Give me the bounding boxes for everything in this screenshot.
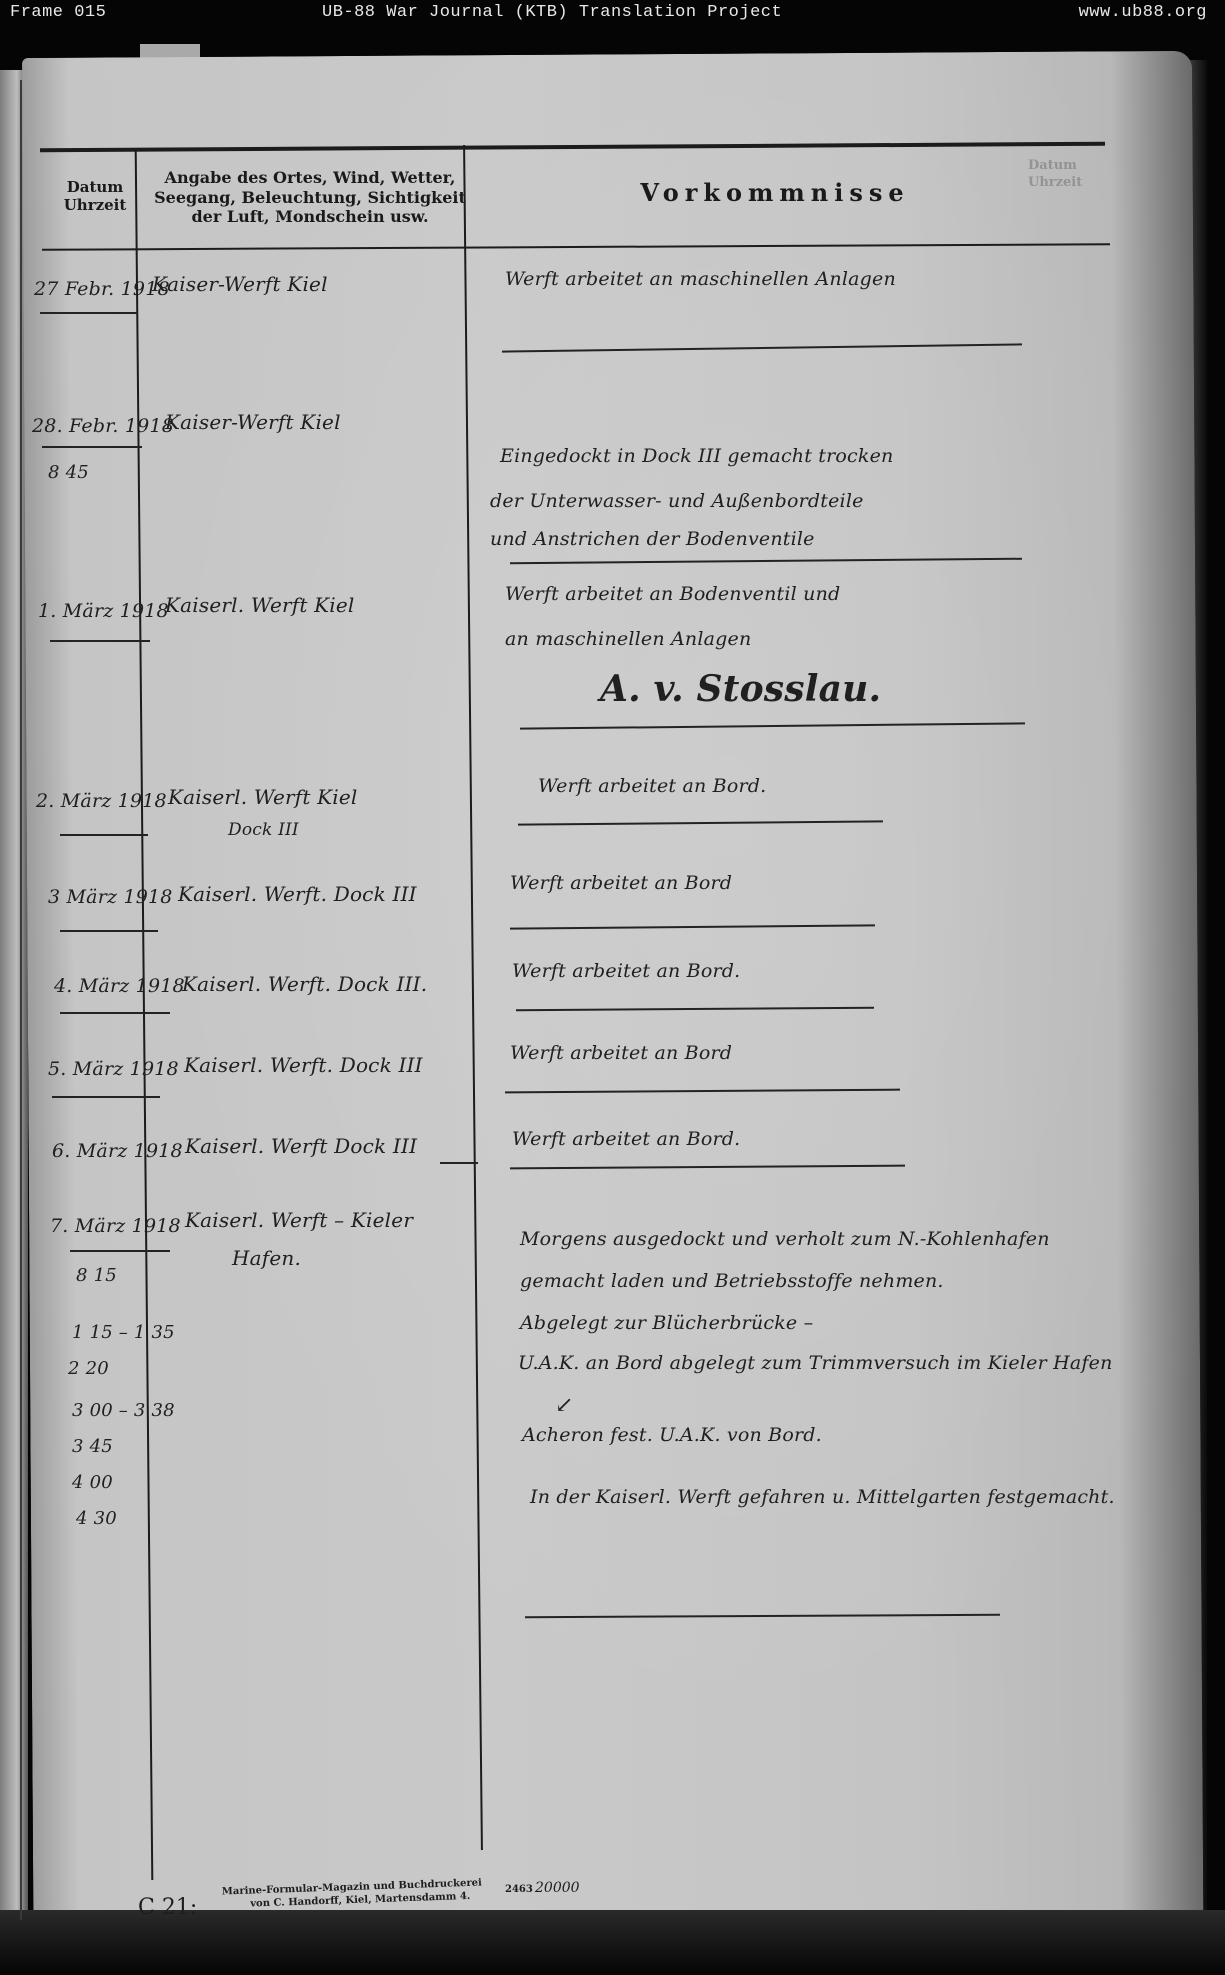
entry-9-place-line-1: Kaiserl. Werft – Kieler [185,1208,413,1232]
print-run: 20000 [535,1880,580,1896]
entry-6-event-line-1: Werft arbeitet an Bord. [512,960,740,982]
entry-3-signature: A. v. Stosslau. [600,668,881,710]
entry-2-place: Kaiser-Werft Kiel [165,410,341,434]
entry-8-event-line-1: Werft arbeitet an Bord. [512,1128,740,1150]
entry-1-place: Kaiser-Werft Kiel [152,272,328,296]
header-events: Vorkommnisse [560,178,990,207]
form-code: C 21: [138,1895,197,1920]
entry-2-event-line-2: der Unterwasser- und Außenbordteile [490,490,864,512]
entry-5-event-line-1: Werft arbeitet an Bord [510,872,732,894]
entry-1-date-underline [40,312,138,314]
entry-3-date: 1. März 1918 [38,600,169,622]
entry-7-event-line-1: Werft arbeitet an Bord [510,1042,732,1064]
header-place-weather: Angabe des Ortes, Wind, Wetter, Seegang,… [150,168,470,227]
entry-9-date: 7. März 1918 [50,1215,181,1237]
header-place-line-2: Seegang, Beleuchtung, Sichtigkeit [150,188,470,208]
entry-9-time-6: 4 00 [72,1472,113,1493]
entry-9-time-2: 1 15 – 1 35 [72,1322,175,1343]
entry-4-place-line-2: Dock III [228,820,299,840]
entry-2-date-underline [42,446,142,448]
entry-9-time-5: 3 45 [72,1436,113,1457]
entry-9-place-line-2: Hafen. [232,1246,301,1270]
entry-6-date: 4. März 1918 [54,975,185,997]
entry-4-date: 2. März 1918 [36,790,167,812]
entry-6-date-underline [60,1012,170,1014]
entry-9-event-line-4: U.A.K. an Bord abgelegt zum Trimmversuch… [518,1352,1113,1374]
entry-3-event-line-2: an maschinellen Anlagen [505,628,751,650]
left-margin-rule [20,80,22,1920]
entry-3-date-underline [50,640,150,642]
entry-9-time-7: 4 30 [76,1508,117,1529]
header-place-line-3: der Luft, Mondschein usw. [150,207,470,227]
entry-8-place-underline [440,1162,478,1164]
entry-5-place: Kaiserl. Werft. Dock III [178,882,417,906]
entry-7-date-underline [52,1096,160,1098]
bleedthrough-date: Datum [1028,158,1082,175]
entry-9-event-line-2: gemacht laden und Betriebsstoffe nehmen. [520,1270,944,1292]
entry-8-date: 6. März 1918 [52,1140,183,1162]
entry-4-place-line-1: Kaiserl. Werft Kiel [168,785,358,809]
entry-6-place: Kaiserl. Werft. Dock III. [182,972,427,996]
bleedthrough-time: Uhrzeit [1028,175,1082,192]
entry-3-event-line-1: Werft arbeitet an Bodenventil und [505,583,840,605]
entry-9-time-4: 3 00 – 3 38 [72,1400,175,1421]
entry-8-place: Kaiserl. Werft Dock III [185,1134,417,1158]
entry-1-event-line-1: Werft arbeitet an maschinellen Anlagen [505,268,896,290]
entry-4-date-underline [60,834,148,836]
bleedthrough-header: Datum Uhrzeit [1028,158,1082,192]
entry-1-date: 27 Febr. 1918 [34,278,170,300]
entry-2-event-line-1: Eingedockt in Dock III gemacht trocken [500,445,894,467]
entry-9-date-underline [70,1250,170,1252]
entry-9-event-line-1: Morgens ausgedockt und verholt zum N.-Ko… [520,1228,1050,1250]
entry-2-time-1: 8 45 [48,462,89,483]
header-time-label: Uhrzeit [50,196,140,214]
entry-7-date: 5. März 1918 [48,1058,179,1080]
entry-9-time-1: 8 15 [76,1265,117,1286]
entry-4-event-line-1: Werft arbeitet an Bord. [538,775,766,797]
entry-5-date-underline [60,930,158,932]
entry-2-event-line-3: und Anstrichen der Bodenventile [490,528,815,550]
header-date-time: Datum Uhrzeit [50,178,140,215]
header-date-label: Datum [50,178,140,196]
entry-7-place: Kaiserl. Werft. Dock III [184,1053,423,1077]
entry-9-event-line-6: In der Kaiserl. Werft gefahren u. Mittel… [530,1486,1115,1508]
entry-3-place: Kaiserl. Werft Kiel [165,593,355,617]
entry-9-event-line-3: Abgelegt zur Blücherbrücke – [520,1312,813,1334]
frame-banner: Frame 015 UB-88 War Journal (KTB) Transl… [0,0,1225,28]
project-website[interactable]: www.ub88.org [1079,3,1207,22]
insertion-arrow-icon: ↙ [555,1393,574,1418]
entry-9-event-line-5: Acheron fest. U.A.K. von Bord. [522,1424,822,1446]
frame-number: Frame 015 [10,3,106,22]
header-place-line-1: Angabe des Ortes, Wind, Wetter, [150,168,470,188]
entry-2-date: 28. Febr. 1918 [32,415,174,437]
entry-9-time-3: 2 20 [68,1358,109,1379]
project-title: UB-88 War Journal (KTB) Translation Proj… [322,3,782,22]
entry-5-date: 3 März 1918 [48,886,173,908]
form-number: 2463 [505,1884,533,1895]
